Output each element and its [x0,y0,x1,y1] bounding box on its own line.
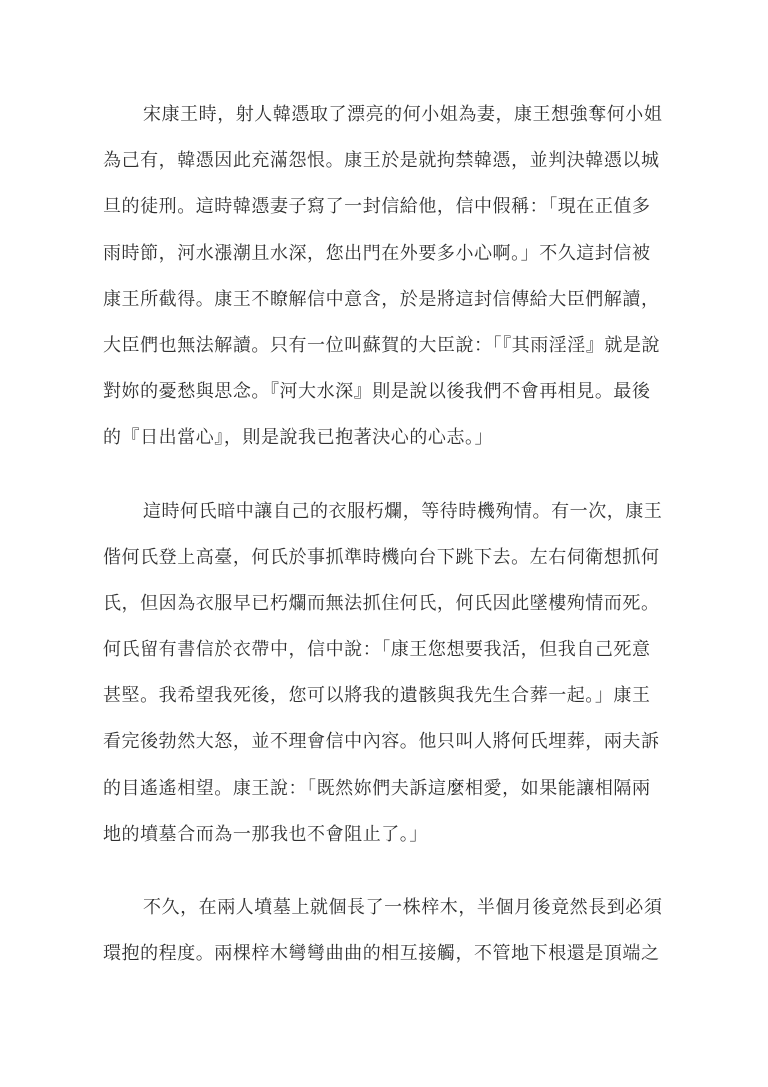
document-page: 宋康王時，射人韓憑取了漂亮的何小姐為妻，康王想強奪何小姐為己有，韓憑因此充滿怨恨… [0,0,768,1087]
text-line: 這時何氏暗中讓自己的衣服朽爛，等待時機殉情。有一次，康王 [103,488,660,534]
text-line: 為己有，韓憑因此充滿怨恨。康王於是就拘禁韓憑，並判決韓憑以城 [103,137,660,183]
text-line: 地的墳墓合而為一那我也不會阻止了。」 [103,811,660,857]
text-line: 康王所截得。康王不瞭解信中意含，於是將這封信傳給大臣們解讀， [103,276,660,322]
paragraph: 宋康王時，射人韓憑取了漂亮的何小姐為妻，康王想強奪何小姐為己有，韓憑因此充滿怨恨… [103,91,660,461]
text-line: 看完後勃然大怒，並不理會信中內容。他只叫人將何氏埋葬，兩夫訴 [103,718,660,764]
paragraph: 不久，在兩人墳墓上就個長了一株梓木，半個月後竟然長到必須環抱的程度。兩棵梓木彎彎… [103,884,660,976]
text-line: 雨時節，河水漲潮且水深，您出門在外要多小心啊。」不久這封信被 [103,230,660,276]
text-block: 宋康王時，射人韓憑取了漂亮的何小姐為妻，康王想強奪何小姐為己有，韓憑因此充滿怨恨… [103,91,660,1003]
text-line: 旦的徒刑。這時韓憑妻子寫了一封信給他，信中假稱：「現在正值多 [103,183,660,229]
paragraph: 這時何氏暗中讓自己的衣服朽爛，等待時機殉情。有一次，康王偕何氏登上高臺，何氏於事… [103,488,660,858]
text-line: 偕何氏登上高臺，何氏於事抓準時機向台下跳下去。左右伺衛想抓何 [103,534,660,580]
text-line: 環抱的程度。兩棵梓木彎彎曲曲的相互接觸，不管地下根還是頂端之 [103,930,660,976]
text-line: 氏，但因為衣服早已朽爛而無法抓住何氏，何氏因此墜樓殉情而死。 [103,580,660,626]
text-line: 的目遙遙相望。康王說：「既然妳們夫訴這麼相愛，如果能讓相隔兩 [103,765,660,811]
text-line: 宋康王時，射人韓憑取了漂亮的何小姐為妻，康王想強奪何小姐 [103,91,660,137]
text-line: 不久，在兩人墳墓上就個長了一株梓木，半個月後竟然長到必須 [103,884,660,930]
text-line: 甚堅。我希望我死後，您可以將我的遺骸與我先生合葬一起。」康王 [103,672,660,718]
text-line: 的『日出當心』，則是說我已抱著決心的心志。」 [103,414,660,460]
text-line: 大臣們也無法解讀。只有一位叫蘇賀的大臣說：「『其雨淫淫』就是說 [103,322,660,368]
text-line: 對妳的憂愁與思念。『河大水深』則是說以後我們不會再相見。最後 [103,368,660,414]
text-line: 何氏留有書信於衣帶中，信中說：「康王您想要我活，但我自己死意 [103,626,660,672]
